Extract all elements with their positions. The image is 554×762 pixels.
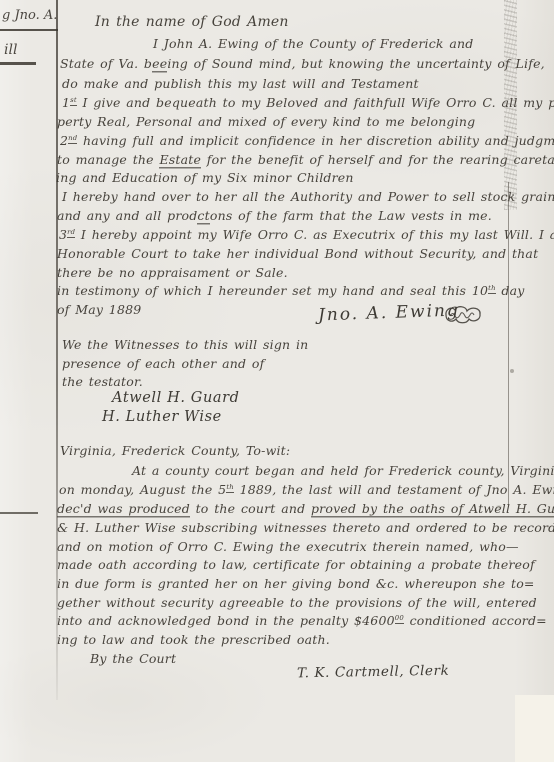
document-line: and on motion of Orro C. Ewing the execu… [57, 539, 519, 554]
document-line: State of Va. beeing of Sound mind, but k… [60, 56, 545, 71]
document-line: ing and Education of my Six minor Childr… [56, 170, 354, 185]
document-line: By the Court [90, 651, 176, 666]
document-line: in testimony of which I hereunder set my… [57, 283, 525, 298]
document-line: the testator. [62, 374, 143, 389]
document-line: 3rd I hereby appoint my Wife Orro C. as … [59, 227, 554, 242]
binding-speckle-strip [504, 0, 517, 210]
document-line: of May 1889 [57, 302, 141, 317]
document-line: Honorable Court to take her individual B… [57, 246, 538, 261]
page-edge-band [515, 695, 554, 762]
page-edge-line [508, 182, 509, 504]
document-line: Virginia, Frederick County, To-wit: [60, 443, 290, 458]
document-line: & H. Luther Wise subscribing witnesses t… [57, 520, 554, 535]
document-line: to manage the Estate for the benefit of … [57, 152, 554, 167]
ink-speck [510, 369, 514, 373]
ink-speck [509, 560, 511, 562]
document-line: We the Witnesses to this will sign in [62, 337, 308, 352]
testator-signature: Jno. A. Ewing [318, 301, 460, 326]
document-line: ing to law and took the prescribed oath. [57, 632, 330, 647]
document-line: presence of each other and of [62, 356, 265, 371]
document-line: In the name of God Amen [95, 14, 289, 30]
ink-speck [496, 505, 502, 509]
document-line: in due form is granted her on her giving… [57, 576, 535, 591]
document-line: 1st I give and bequeath to my Beloved an… [62, 95, 554, 110]
document-line: I John A. Ewing of the County of Frederi… [153, 36, 473, 51]
document-line: gether without security agreeable to the… [57, 595, 537, 610]
clerk-signature: T. K. Cartmell, Clerk [297, 663, 450, 682]
document-line: do make and publish this my last will an… [62, 76, 419, 91]
document-line: and any and all prodctons of the farm th… [57, 208, 492, 223]
document-line: I hereby hand over to her all the Author… [62, 189, 554, 204]
document-line: perty Real, Personal and mixed of every … [57, 114, 475, 129]
document-page: g Jno. A. ill In the name of God AmenI J… [0, 0, 554, 762]
margin-note-name: g Jno. A. [2, 8, 57, 23]
document-line: on monday, August the 5th 1889, the last… [59, 482, 554, 497]
witness-signature-guard: Atwell H. Guard [112, 390, 240, 406]
document-line: At a county court began and held for Fre… [132, 463, 554, 478]
document-line: made oath according to law, certificate … [57, 557, 535, 572]
document-line: there be no appraisament or Sale. [57, 265, 288, 280]
witness-signature-wise: H. Luther Wise [102, 409, 222, 425]
margin-dash-mark [0, 512, 38, 514]
document-line: into and acknowledged bond in the penalt… [57, 613, 547, 628]
document-line: dec'd was produced to the court and prov… [57, 501, 554, 516]
margin-note-will: ill [4, 42, 17, 58]
seal-scribble-icon [440, 302, 486, 332]
margin-note-underline [0, 62, 36, 65]
margin-note-underline [0, 29, 58, 31]
document-line: 2nd having full and implicit confidence … [60, 133, 554, 148]
